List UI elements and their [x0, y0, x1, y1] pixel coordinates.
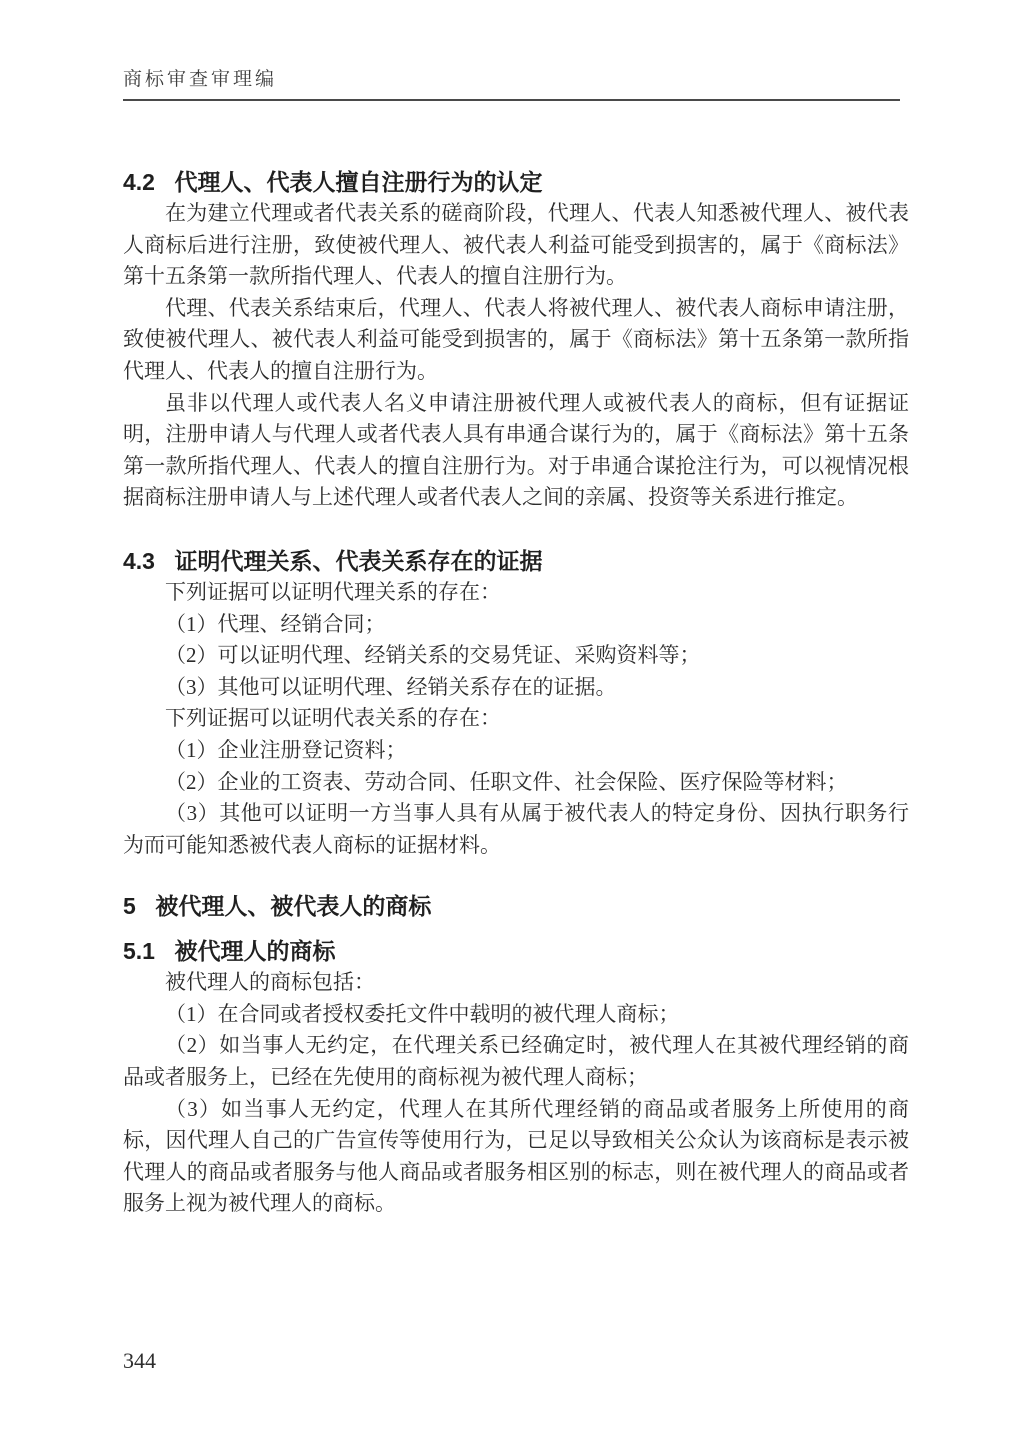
section-heading-5: 5被代理人、被代表人的商标 [123, 890, 909, 922]
list-item: （2）企业的工资表、劳动合同、任职文件、社会保险、医疗保险等材料； [123, 767, 909, 799]
list-item: （1）代理、经销合同； [123, 609, 909, 641]
section-number: 4.2 [123, 166, 155, 198]
section-title: 被代理人、被代表人的商标 [155, 893, 431, 919]
section-title: 证明代理关系、代表关系存在的证据 [175, 548, 543, 574]
list-item: （1）在合同或者授权委托文件中载明的被代理人商标； [123, 999, 909, 1031]
paragraph: 代理、代表关系结束后，代理人、代表人将被代理人、被代表人商标申请注册，致使被代理… [123, 293, 909, 388]
section-title: 代理人、代表人擅自注册行为的认定 [175, 169, 543, 195]
page-body: 4.2代理人、代表人擅自注册行为的认定 在为建立代理或者代表关系的磋商阶段，代理… [123, 166, 909, 1220]
list-item: （3）其他可以证明代理、经销关系存在的证据。 [123, 672, 909, 704]
list-item: （1）企业注册登记资料； [123, 735, 909, 767]
running-header: 商标审查审理编 [123, 64, 277, 91]
section-number: 5 [123, 890, 136, 922]
paragraph: 虽非以代理人或代表人名义申请注册被代理人或被代表人的商标，但有证据证明，注册申请… [123, 388, 909, 514]
header-rule [123, 99, 900, 101]
list-item: （2）可以证明代理、经销关系的交易凭证、采购资料等； [123, 640, 909, 672]
document-page: 商标审查审理编 4.2代理人、代表人擅自注册行为的认定 在为建立代理或者代表关系… [0, 0, 1024, 1439]
paragraph: 下列证据可以证明代表关系的存在： [123, 703, 909, 735]
section-number: 4.3 [123, 545, 155, 577]
section-heading-4-2: 4.2代理人、代表人擅自注册行为的认定 [123, 166, 909, 198]
list-item: （2）如当事人无约定，在代理关系已经确定时，被代理人在其被代理经销的商品或者服务… [123, 1030, 909, 1093]
paragraph: 被代理人的商标包括： [123, 967, 909, 999]
section-heading-5-1: 5.1被代理人的商标 [123, 935, 909, 967]
list-item: （3）其他可以证明一方当事人具有从属于被代表人的特定身份、因执行职务行为而可能知… [123, 798, 909, 861]
section-title: 被代理人的商标 [175, 938, 336, 964]
list-item: （3）如当事人无约定，代理人在其所代理经销的商品或者服务上所使用的商标，因代理人… [123, 1094, 909, 1220]
paragraph: 下列证据可以证明代理关系的存在： [123, 577, 909, 609]
section-number: 5.1 [123, 935, 155, 967]
paragraph: 在为建立代理或者代表关系的磋商阶段，代理人、代表人知悉被代理人、被代表人商标后进… [123, 198, 909, 293]
section-heading-4-3: 4.3证明代理关系、代表关系存在的证据 [123, 545, 909, 577]
page-number: 344 [123, 1348, 156, 1374]
